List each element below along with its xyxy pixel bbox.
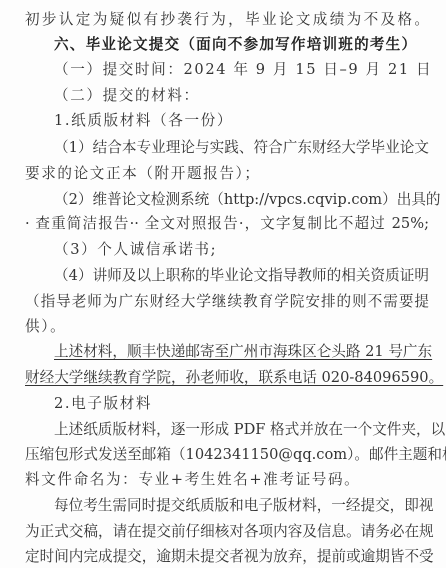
item-4-line-2: （指导老师为广东财经大学继续教育学院安排的则不需要提 xyxy=(25,291,429,313)
notice-line-3: 定时间内完成提交，逾期未提交者视为放弃，提前或逾期皆不受 xyxy=(25,546,429,568)
document-page: 初步认定为疑似有抄袭行为，毕业论文成绩为不及格。 六、毕业论文提交（面向不参加写… xyxy=(0,0,446,568)
mailing-address-line-1: 上述材料，顺丰快递邮寄至广州市海珠区仑头路 21 号广东 xyxy=(54,341,429,363)
electronic-line-1: 上述纸质版材料，逐一形成 PDF 格式并放在一个文件夹，以 xyxy=(54,419,429,441)
section-heading-thesis-submission: 六、毕业论文提交（面向不参加写作培训班的考生） xyxy=(54,34,384,56)
electronic-line-2-email: 压缩包形式发送至邮箱（1042341150@qq.com）。邮件主题和材 xyxy=(25,444,429,466)
notice-line-2: 为正式交稿，请在提交前仔细核对各项内容及信息。请务必在规 xyxy=(25,521,429,543)
submission-time: （一）提交时间：2024 年 9 月 15 日–9 月 21 日 xyxy=(54,59,429,81)
electronic-line-3: 料文件命名为：专业+考生姓名+准考证号码。 xyxy=(25,469,429,491)
item-1-line-2: 要求的论文正本（附开题报告）； xyxy=(25,163,429,185)
item-1-line-1: （1）结合本专业理论与实践、符合广东财经大学毕业论文 xyxy=(54,137,429,159)
item-2-line-1: （2）维普论文检测系统（http://vpcs.cqvip.com）出具的 xyxy=(54,189,429,211)
notice-line-1: 每位考生需同时提交纸质版和电子版材料，一经提交，即视 xyxy=(54,495,429,517)
item-4-line-3: 供）。 xyxy=(25,316,429,338)
paragraph-line-prev-section-end: 初步认定为疑似有抄袭行为，毕业论文成绩为不及格。 xyxy=(25,9,429,31)
item-3: （3）个人诚信承诺书; xyxy=(54,239,429,261)
submission-materials-heading: （二）提交的材料： xyxy=(54,85,429,107)
item-2-line-2: · 查重简洁报告·· 全文对照报告·，文字复制比不超过 25%; xyxy=(25,213,429,235)
paper-materials-heading: 1.纸质版材料（各一份） xyxy=(54,110,429,132)
electronic-materials-heading: 2.电子版材料 xyxy=(54,393,429,415)
item-4-line-1: （4）讲师及以上职称的毕业论文指导教师的相关资质证明 xyxy=(54,265,429,287)
mailing-address-line-2: 财经大学继续教育学院，孙老师收，联系电话 020-84096590。 xyxy=(25,367,429,389)
